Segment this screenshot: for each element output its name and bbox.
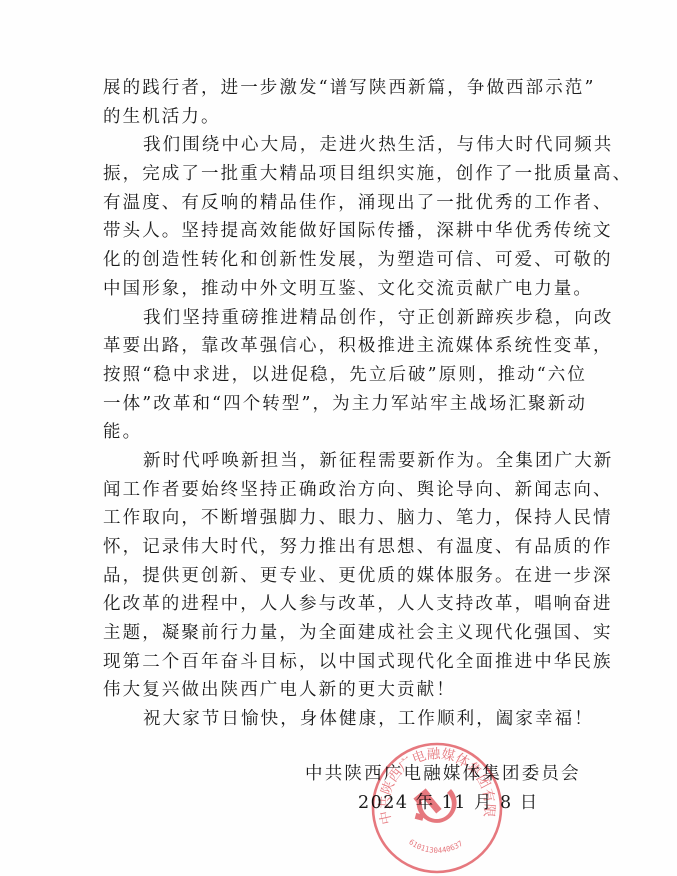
text-line: 闻工作者要始终坚持正确政治方向、舆论导向、新闻志向、 [103, 476, 581, 505]
text-line: 主题，凝聚前行力量，为全面建成社会主义现代化强国、实 [103, 619, 581, 648]
svg-text:中共陕西广电融媒体集团有限公司委员会: 中共陕西广电融媒体集团有限公司委员会 [370, 741, 497, 826]
svg-text:6101130440637: 6101130440637 [407, 837, 464, 855]
text-line: 展的践行者，进一步激发“谱写陕西新篇，争做西部示范” [103, 74, 581, 103]
document-page: 展的践行者，进一步激发“谱写陕西新篇，争做西部示范” 的生机活力。 我们围绕中心… [0, 0, 677, 876]
official-seal-icon: 中共陕西广电融媒体集团有限公司委员会 6101130440637 [370, 741, 504, 875]
seal-number: 6101130440637 [407, 837, 464, 855]
text-line: 现第二个百年奋斗目标，以中国式现代化全面推进中华民族 [103, 648, 581, 677]
text-line: 伟大复兴做出陕西广电人新的更大贡献！ [103, 676, 581, 705]
text-line: 中国形象，推动中外文明互鉴、文化交流贡献广电力量。 [103, 275, 581, 304]
letter-body: 展的践行者，进一步激发“谱写陕西新篇，争做西部示范” 的生机活力。 我们围绕中心… [103, 74, 581, 734]
seal-arc-text: 中共陕西广电融媒体集团有限公司委员会 [370, 741, 497, 826]
text-line: 一体”改革和“四个转型”，为主力军站牢主战场汇聚新动 [103, 390, 581, 419]
text-line: 工作取向，不断增强脚力、眼力、脑力、笔力，保持人民情 [103, 504, 581, 533]
text-line: 有温度、有反响的精品佳作，涌现出了一批优秀的工作者、 [103, 189, 581, 218]
text-line: 振，完成了一批重大精品项目组织实施，创作了一批质量高、 [103, 160, 581, 189]
text-line: 品，提供更创新、更专业、更优质的媒体服务。在进一步深 [103, 562, 581, 591]
text-line: 能。 [103, 418, 581, 447]
text-line: 的生机活力。 [103, 103, 581, 132]
paragraph-start-line: 我们坚持重磅推进精品创作，守正创新蹄疾步稳，向改 [103, 304, 581, 333]
text-line: 怀，记录伟大时代，努力推出有思想、有温度、有品质的作 [103, 533, 581, 562]
text-line: 化的创造性转化和创新性发展，为塑造可信、可爱、可敬的 [103, 246, 581, 275]
closing-greeting: 祝大家节日愉快，身体健康，工作顺利，阖家幸福！ [103, 705, 581, 734]
paragraph-start-line: 新时代呼唤新担当，新征程需要新作为。全集团广大新 [103, 447, 581, 476]
text-line: 按照“稳中求进，以进促稳，先立后破”原则，推动“六位 [103, 361, 581, 390]
hammer-sickle-icon [413, 788, 456, 823]
text-line: 化改革的进程中，人人参与改革，人人支持改革，唱响奋进 [103, 590, 581, 619]
text-line: 革要出路，靠改革强信心，积极推进主流媒体系统性变革， [103, 332, 581, 361]
text-line: 带头人。坚持提高效能做好国际传播，深耕中华优秀传统文 [103, 217, 581, 246]
paragraph-start-line: 我们围绕中心大局，走进火热生活，与伟大时代同频共 [103, 131, 581, 160]
